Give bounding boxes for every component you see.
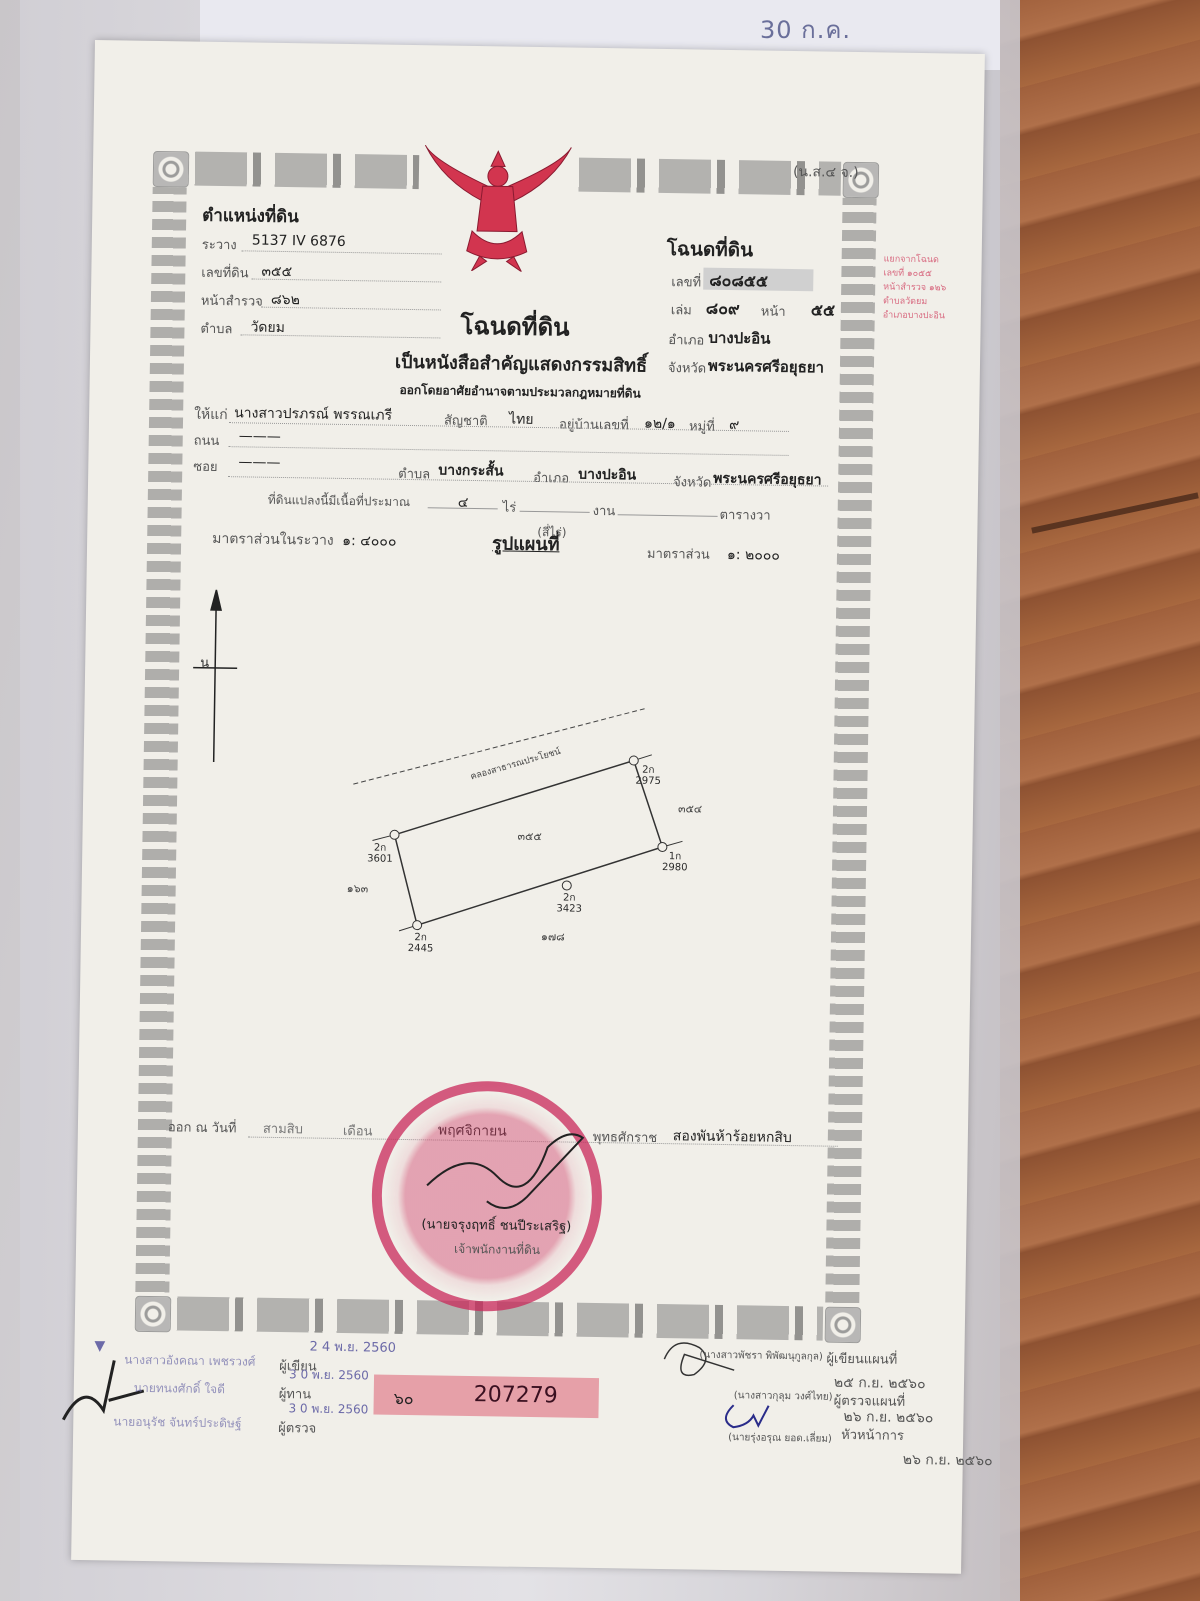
date-stamp: 2 4 พ.ย. 2560 (309, 1336, 396, 1358)
blue-mark: ▼ (94, 1338, 105, 1354)
footer-name: (นางสาวพัชรา พิพัฒนุกูลกุล) (699, 1348, 823, 1365)
north-label: น (200, 652, 209, 673)
neighbor-bottom-label: ๑๗๘ (541, 927, 565, 945)
plan-scale-label: มาตราส่วน (647, 543, 710, 565)
map-scale-label: มาตราส่วนในระวาง (212, 528, 334, 552)
deed-subtitle: เป็นหนังสือสำคัญแสดงกรรมสิทธิ์ (395, 347, 648, 380)
road-value: ——— (239, 428, 281, 445)
location-label: หน้าสำรวจ (201, 290, 263, 312)
deed-number: ๘๐๘๕๕ (709, 269, 768, 295)
footer-name: (นายรุ่งอรุณ ยอด.เลี่ยม) (728, 1430, 832, 1447)
footer-name: นางสาวอังคณา เพชรวงศ์ (124, 1351, 255, 1372)
margin-annotation: แยกจากโฉนด เลขที่ ๑๐๕๕ หน้าสำรวจ ๑๒๖ ตำบ… (883, 252, 947, 323)
amphoe-label: อำเภอ (668, 329, 704, 351)
footer-name: นายอนุรัช จันทร์ประดิษฐ์ (113, 1412, 242, 1433)
book-value: ๘๐๙ (706, 297, 740, 323)
form-code: (น.ส.๔ จ.) (793, 161, 859, 184)
page-value: ๕๕ (811, 298, 836, 323)
officer-signature (406, 1105, 608, 1228)
border-corner-ornament (825, 1307, 862, 1344)
area-prefix: ที่ดินแปลงนี้มีเนื้อที่ประมาณ (268, 491, 411, 512)
footer-role: หัวหน้าการ (841, 1424, 904, 1446)
boundary-marker: 2ก3601 (367, 842, 393, 864)
garuda-emblem-icon (421, 140, 573, 272)
province-value: พระนครศรีอยุธยา (708, 354, 824, 380)
area-wa-label: ตารางวา (719, 504, 770, 526)
signer-title: เจ้าพนักงานที่ดิน (454, 1240, 540, 1260)
map-sheet-value: 5137 IV 6876 (252, 232, 346, 249)
amphoe-label: อำเภอ (533, 467, 569, 489)
province-label: จังหวัด (668, 357, 707, 379)
parcel-plan-map: น คลองสาธารณประโยชน์ ๓๕๕ ๑๖๓ ๓๕๔ ๑๗๘ 2ก2… (171, 581, 737, 960)
location-title: ตำแหน่งที่ดิน (202, 202, 299, 231)
date-stamp: 3 0 พ.ย. 2560 (289, 1365, 369, 1385)
date-stamp: 3 0 พ.ย. 2560 (288, 1399, 368, 1419)
house-no-label: อยู่บ้านเลขที่ (559, 413, 629, 435)
north-arrow-icon (192, 590, 239, 763)
province-label: จังหวัด (673, 471, 712, 493)
location-label: เลขที่ดิน (201, 262, 249, 284)
moo-label: หมู่ที่ (689, 415, 715, 436)
boundary-marker: 2ก3423 (556, 892, 582, 914)
serial-prefix: ๖๐ (393, 1387, 413, 1412)
nationality-label: สัญชาติ (444, 410, 488, 432)
background-date-stamp: 30 ก.ค. (760, 10, 851, 49)
border-corner-ornament (153, 151, 190, 188)
location-label: ตำบล (200, 318, 232, 339)
signer-name: (นายจรุงฤทธิ์ ชนปีระเสริฐ) (421, 1213, 571, 1236)
footer-name: นายทนงศักดิ์ ใจดี (134, 1379, 225, 1399)
road-label: ถนน (194, 430, 220, 451)
boundary-marker: 1ก2980 (662, 851, 688, 873)
issued-prefix: ออก ณ วันที่ (168, 1116, 237, 1138)
deed-title: โฉนดที่ดิน (460, 306, 570, 347)
border-corner-ornament (135, 1296, 172, 1333)
land-title-deed: (น.ส.๔ จ.) ตำแหน่งที่ดิน ระวาง 5137 IV 6… (71, 40, 985, 1574)
plan-scale-value: ๑: ๒๐๐๐ (727, 544, 780, 567)
neighbor-left-label: ๑๖๓ (347, 879, 369, 897)
footer-role: ผู้เขียนแผนที่ (826, 1348, 897, 1370)
footer-role: ผู้ตรวจ (278, 1417, 316, 1439)
wooden-floor (1000, 0, 1200, 1601)
area-rai-value: ๔ (458, 492, 469, 514)
area-rai-label: ไร่ (503, 496, 517, 517)
moo-value: ๙ (729, 414, 740, 436)
page-label: หน้า (761, 300, 786, 321)
deed-number-label: เลขที่ (671, 271, 701, 292)
boundary-marker: 2ก2975 (635, 765, 661, 787)
serial-number: 207279 (474, 1382, 558, 1408)
border-right (825, 198, 876, 1306)
border-top-left (189, 151, 420, 189)
tambon-label: ตำบล (398, 463, 430, 484)
soi-label: ซอย (193, 456, 218, 477)
location-label: ระวาง (202, 234, 237, 256)
owner-label: ให้แก่ (194, 404, 228, 427)
area-ngan-label: งาน (593, 500, 616, 521)
deed-block-title: โฉนดที่ดิน (667, 234, 754, 265)
footer-name: (นางสาวกุลุม วงศ์ไทย) (734, 1388, 833, 1405)
parcel-number-label: ๓๕๕ (517, 827, 541, 845)
book-label: เล่ม (671, 299, 692, 320)
plan-title: รูปแผนที่ (492, 528, 560, 558)
amphoe-value: บางปะอิน (708, 326, 770, 351)
deed-authority: ออกโดยอาศัยอำนาจตามประมวลกฎหมายที่ดิน (399, 381, 641, 404)
neighbor-right-label: ๓๕๔ (678, 799, 702, 817)
house-no-value: ๑๒/๑ (644, 413, 676, 435)
map-scale-value: ๑: ๔๐๐๐ (342, 530, 397, 553)
footer-date: ๒๖ ก.ย. ๒๕๖๐ (903, 1449, 993, 1472)
soi-value: ——— (238, 454, 280, 471)
boundary-marker: 2ก2445 (408, 932, 434, 954)
province-value: พระนครศรีอยุธยา (713, 468, 822, 492)
